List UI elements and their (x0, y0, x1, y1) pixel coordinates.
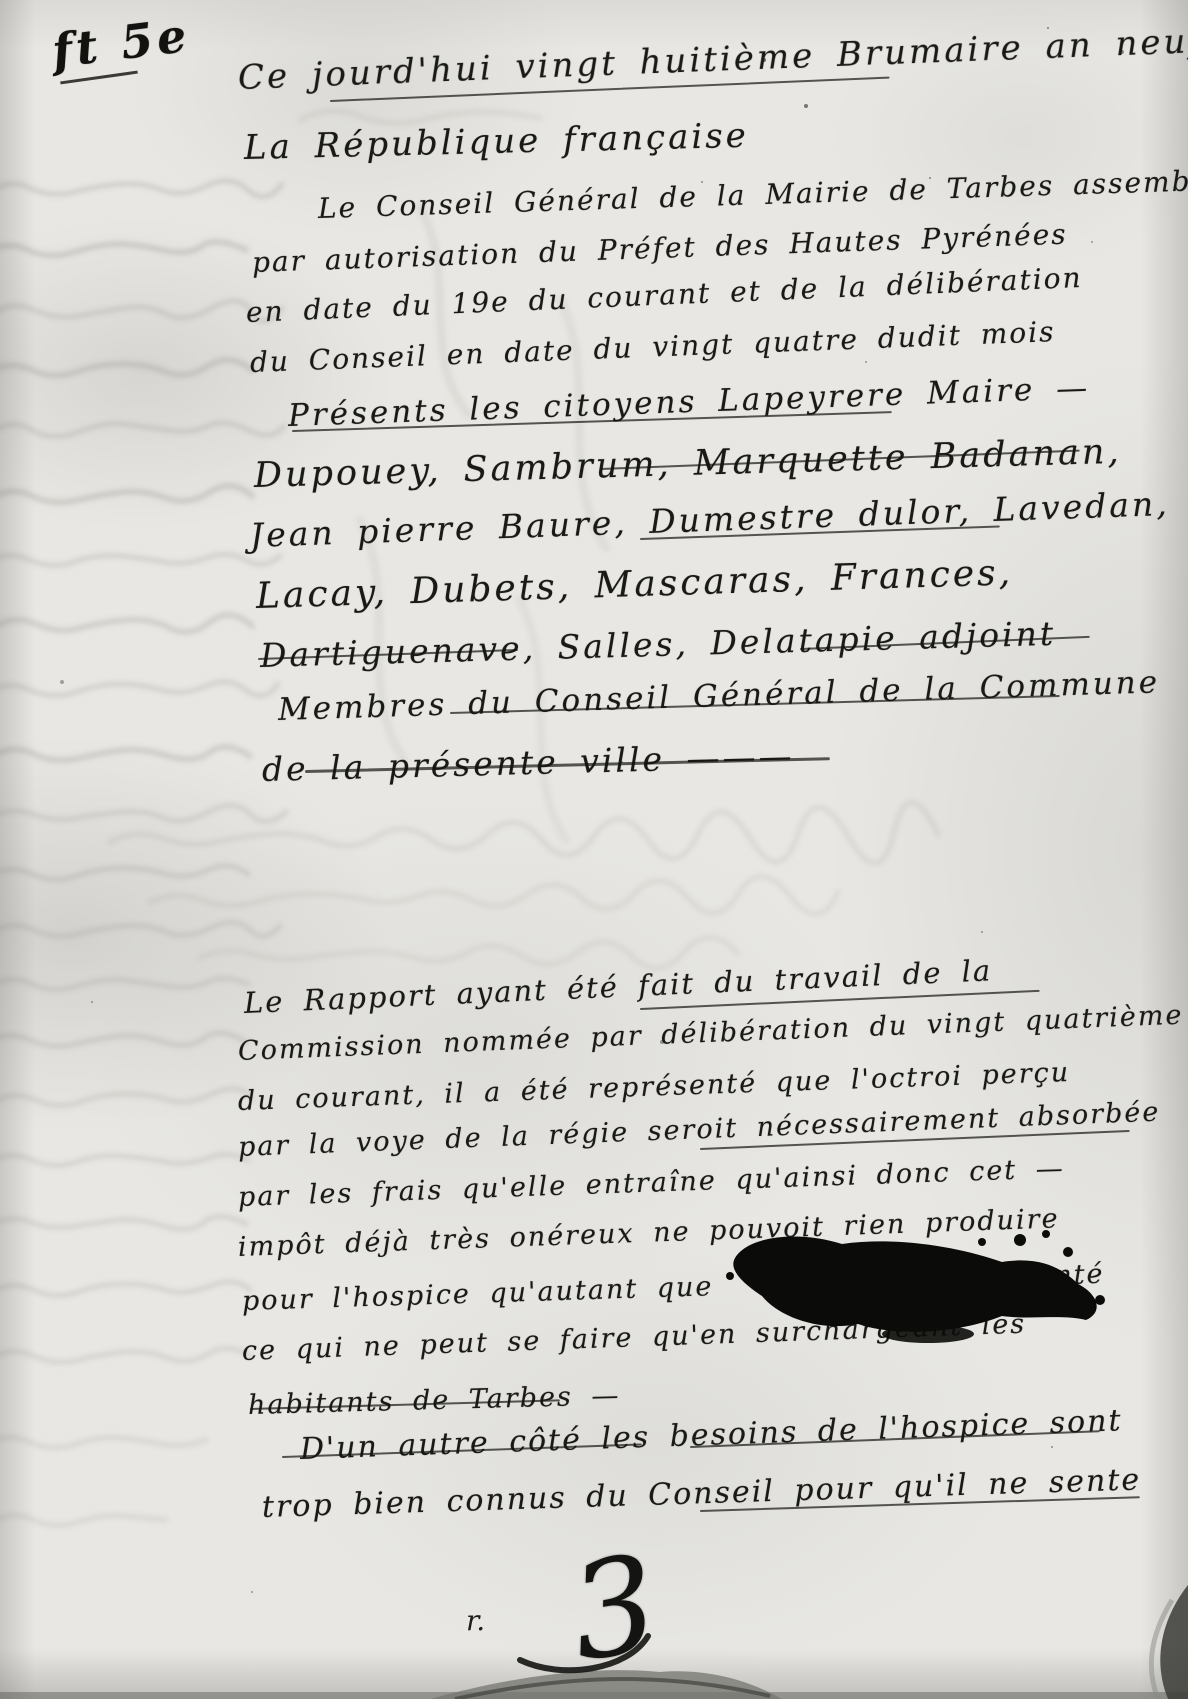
manuscript-line-opening-2: La République française (244, 116, 750, 168)
manuscript-line-convocation-4: du Conseil en date du vingt quatre dudit… (249, 315, 1056, 379)
ink-specks (762, 58, 766, 62)
manuscript-line-report-6: impôt déjà très onéreux ne pouvoit rien … (237, 1203, 1060, 1263)
manuscript-page: ft 5e Ce jourd'hui vingt huitième Brumai… (0, 0, 1188, 1699)
folio-mark: ft 5e (49, 8, 193, 78)
manuscript-line-attendance-5: Dartiguenave, Salles, Delatapie adjoint (259, 614, 1056, 675)
manuscript-line-report-7: pour l'hospice qu'autant que (242, 1271, 714, 1317)
manuscript-line-attendance-3: Jean pierre Baure, Dumestre dulor, Laved… (249, 484, 1170, 555)
manuscript-line-report-5: par les frais qu'elle entraîne qu'ainsi … (237, 1153, 1065, 1213)
manuscript-line-convocation-1: Le Conseil Général de la Mairie de Tarbe… (317, 163, 1188, 225)
manuscript-line-attendance-4: Lacay, Dubets, Mascaras, Frances, (255, 552, 1013, 617)
margin-mark: r. (466, 1604, 485, 1637)
manuscript-line-report-8: augmenté (951, 1259, 1105, 1295)
page-number: 3 (560, 1526, 667, 1691)
manuscript-line-report-10: habitants de Tarbes — (248, 1380, 621, 1421)
manuscript-line-report-9: ce qui ne peut se faire qu'en surchargea… (241, 1309, 1026, 1367)
manuscript-line-report-1: Le Rapport ayant été fait du travail de … (243, 953, 993, 1020)
manuscript-line-closing-2: trop bien connus du Conseil pour qu'il n… (261, 1462, 1141, 1525)
manuscript-line-opening-1: Ce jourd'hui vingt huitième Brumaire an … (237, 18, 1188, 98)
manuscript-line-attendance-1: Présents les citoyens Lapeyrere Maire — (287, 370, 1090, 434)
